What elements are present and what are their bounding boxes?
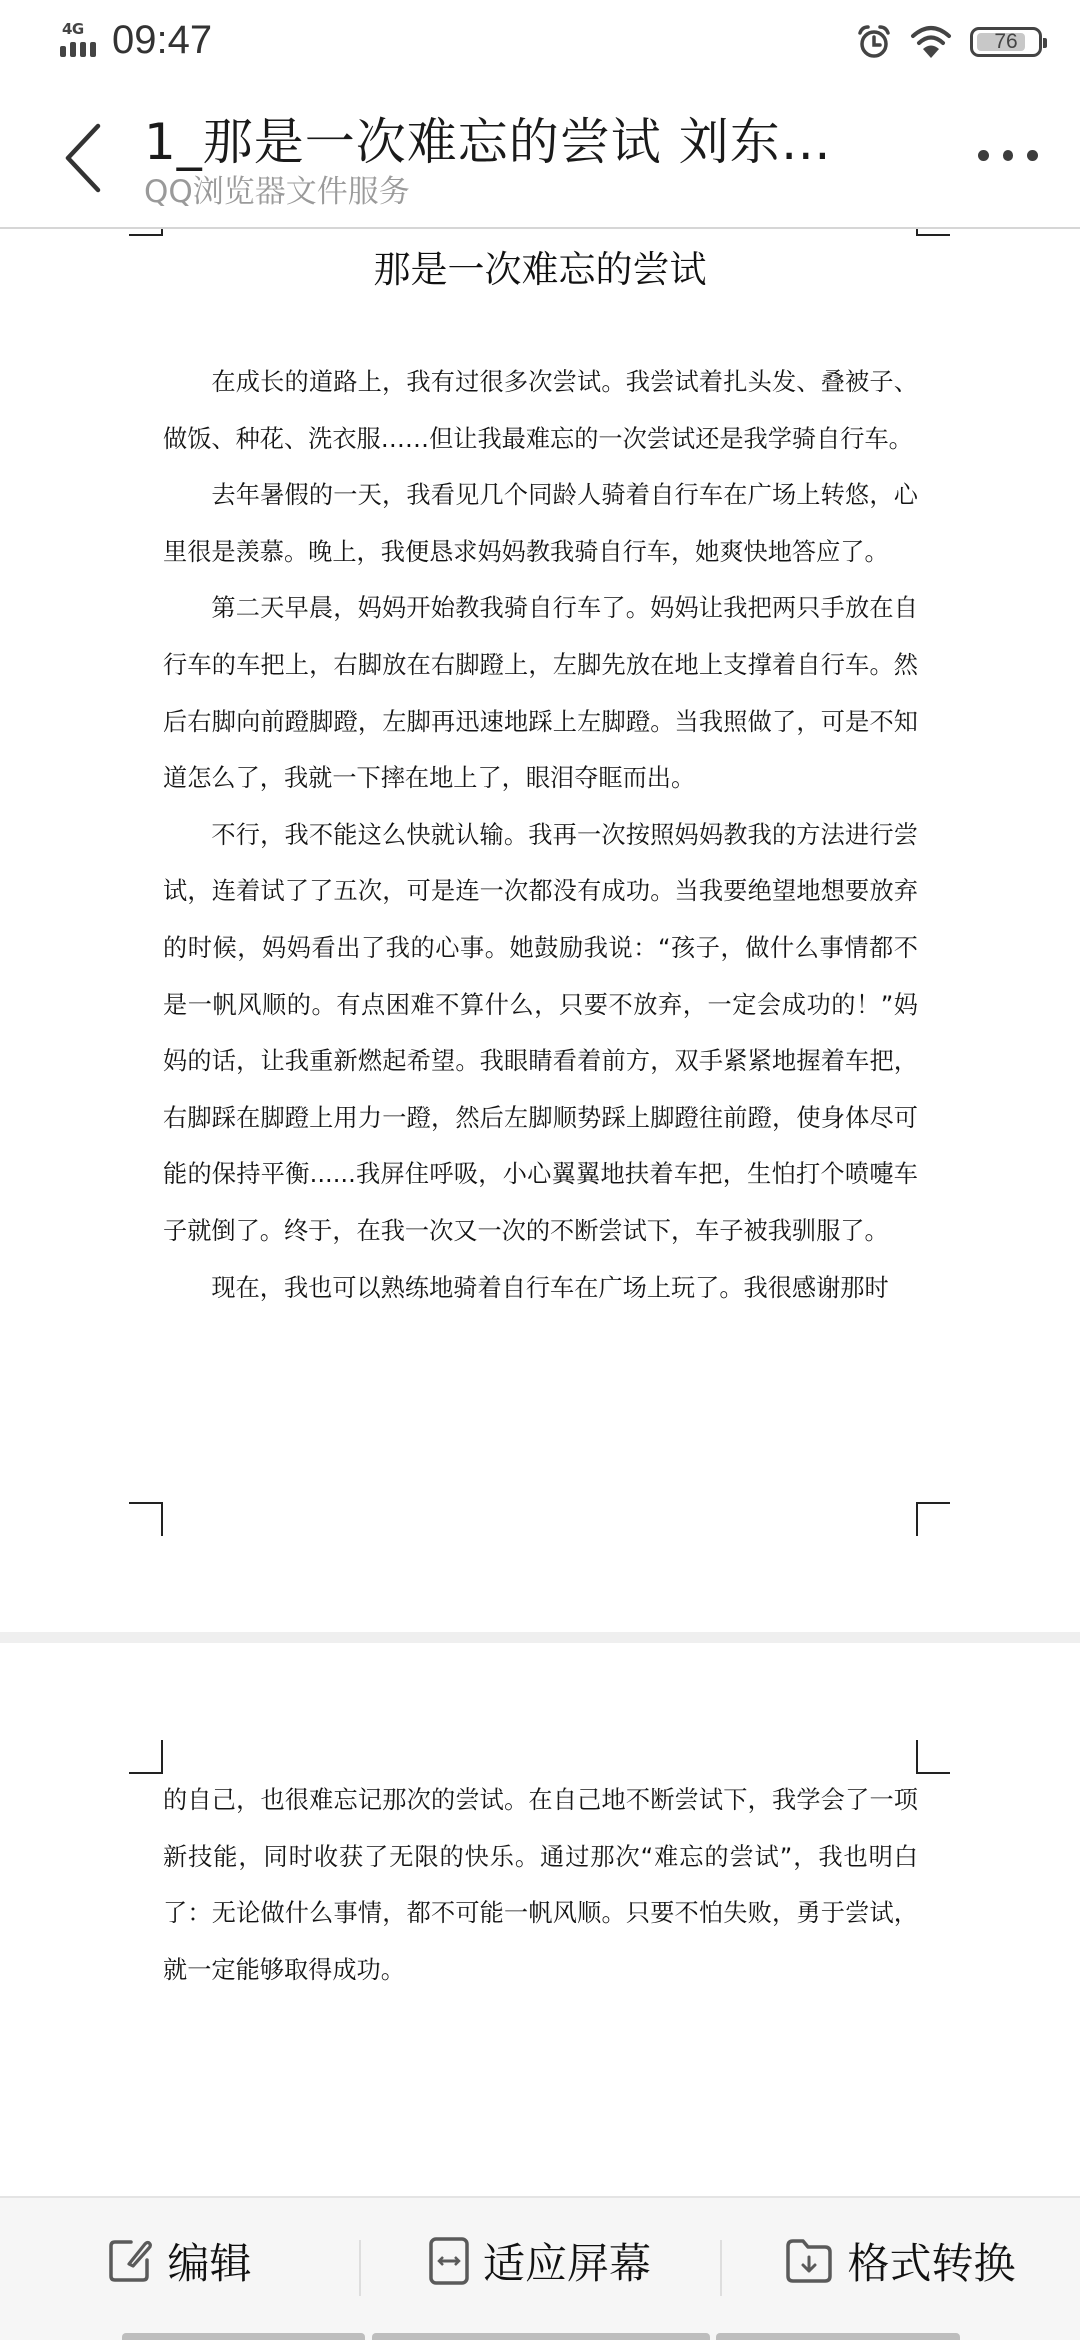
edit-label: 编辑	[167, 2231, 251, 2291]
format-convert-button[interactable]: 格式转换	[721, 2198, 1080, 2323]
clock: 09:47	[112, 18, 212, 63]
page-corner-mark	[916, 1740, 950, 1774]
page-corner-mark	[129, 1740, 163, 1774]
paragraph: 第二天早晨，妈妈开始教我骑自行车了。妈妈让我把两只手放在自行车的车把上，右脚放在…	[163, 580, 918, 806]
back-button[interactable]	[56, 118, 116, 198]
page-corner-mark	[129, 229, 163, 236]
scroll-indicator-segment	[372, 2333, 710, 2340]
more-dots-icon	[978, 150, 989, 161]
battery-level: 76	[994, 30, 1017, 54]
alarm-icon	[856, 24, 892, 60]
document-page-1: 那是一次难忘的尝试 在成长的道路上，我有过很多次尝试。我尝试着扎头发、叠被子、做…	[0, 229, 1080, 1632]
fit-screen-button[interactable]: 适应屏幕	[361, 2198, 719, 2323]
chevron-left-icon	[56, 118, 116, 198]
folder-download-icon	[785, 2238, 833, 2284]
format-convert-label: 格式转换	[847, 2231, 1015, 2291]
app-header: 1_那是一次难忘的尝试 刘东… QQ浏览器文件服务	[0, 80, 1080, 229]
paragraph: 现在，我也可以熟练地骑着自行车在广场上玩了。我很感谢那时	[163, 1260, 918, 1317]
document-title: 那是一次难忘的尝试	[0, 239, 1080, 293]
status-bar: 4G 09:47 76	[0, 0, 1080, 80]
paragraph: 去年暑假的一天，我看见几个同龄人骑着自行车在广场上转悠，心里很是羡慕。晚上，我便…	[163, 467, 918, 580]
signal-icon: 4G	[60, 20, 106, 60]
document-body-page-2: 的自己，也很难忘记那次的尝试。在自己地不断尝试下，我学会了一项新技能，同时收获了…	[163, 1772, 918, 1998]
document-body-page-1: 在成长的道路上，我有过很多次尝试。我尝试着扎头发、叠被子、做饭、种花、洗衣服………	[163, 354, 918, 1316]
fit-width-icon	[429, 2237, 469, 2285]
scroll-indicator-segment	[122, 2333, 365, 2340]
more-button[interactable]	[978, 140, 1038, 170]
wifi-icon	[910, 24, 952, 60]
page-subtitle: QQ浏览器文件服务	[144, 166, 410, 211]
page-corner-mark	[916, 1502, 950, 1536]
status-icons: 76	[856, 22, 1042, 62]
bottom-toolbar: 编辑 适应屏幕 格式转换	[0, 2196, 1080, 2340]
document-viewer[interactable]: 那是一次难忘的尝试 在成长的道路上，我有过很多次尝试。我尝试着扎头发、叠被子、做…	[0, 229, 1080, 2196]
document-page-2: 的自己，也很难忘记那次的尝试。在自己地不断尝试下，我学会了一项新技能，同时收获了…	[0, 1643, 1080, 2196]
page-title: 1_那是一次难忘的尝试 刘东…	[144, 102, 884, 174]
edit-icon	[107, 2238, 153, 2284]
page-corner-mark	[129, 1502, 163, 1536]
scroll-indicator-segment	[716, 2333, 960, 2340]
paragraph: 不行，我不能这么快就认输。我再一次按照妈妈教我的方法进行尝试，连着试了了五次，可…	[163, 807, 918, 1260]
edit-button[interactable]: 编辑	[0, 2198, 359, 2323]
paragraph: 的自己，也很难忘记那次的尝试。在自己地不断尝试下，我学会了一项新技能，同时收获了…	[163, 1772, 918, 1998]
battery-icon: 76	[970, 27, 1042, 57]
paragraph: 在成长的道路上，我有过很多次尝试。我尝试着扎头发、叠被子、做饭、种花、洗衣服………	[163, 354, 918, 467]
network-type: 4G	[62, 20, 84, 38]
fit-screen-label: 适应屏幕	[483, 2231, 651, 2291]
page-corner-mark	[916, 229, 950, 236]
page-separator	[0, 1632, 1080, 1643]
